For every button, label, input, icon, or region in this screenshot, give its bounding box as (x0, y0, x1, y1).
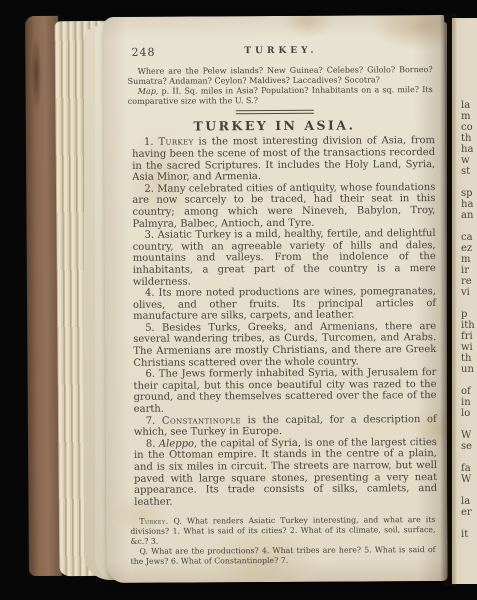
text-fragment: er (461, 507, 477, 518)
paragraph: 6. The Jews formerly inhabited Syria, wi… (133, 367, 436, 415)
text-fragment: ith (461, 320, 477, 331)
text-fragment: fa (461, 463, 477, 474)
text-fragment: w (461, 155, 477, 166)
paragraph: 5. Besides Turks, Greeks, and Armenians,… (133, 321, 436, 369)
text-fragment: co (461, 122, 477, 133)
text-fragment: fri (461, 331, 477, 342)
text-fragment (461, 375, 477, 386)
text-fragment: p (461, 309, 477, 320)
text-fragment: se (461, 441, 477, 452)
text-fragment: an (461, 210, 477, 221)
adjacent-page-sliver: lamcothhawstsphaancaezmirrevipithfriwith… (452, 18, 477, 584)
page-header: 248 TURKEY. (131, 44, 430, 59)
text-fragment (461, 452, 477, 463)
text-fragment (461, 298, 477, 309)
text-fragment: un (461, 364, 477, 375)
text-fragment: ir (461, 265, 477, 276)
review-questions-top: Where are the Pelew islands? New Guinea?… (128, 65, 433, 107)
paragraph: Map, p. II. Sq. miles in Asia? Populatio… (128, 85, 433, 107)
text-fragment: th (461, 353, 477, 364)
paragraph: 2. Many celebrated cities of antiquity, … (132, 182, 435, 230)
paragraph: 3. Asiatic Turkey is a mild, healthy, fe… (133, 228, 436, 288)
text-fragment (461, 518, 477, 529)
running-title: TURKEY. (131, 45, 430, 57)
paragraph: Turkey. Q. What renders Asiatic Turkey i… (130, 515, 435, 546)
text-fragment: wi (461, 342, 477, 353)
text-fragment: lo (461, 408, 477, 419)
text-fragment: la (461, 496, 477, 507)
section-divider (235, 110, 313, 115)
double-rule (235, 110, 313, 115)
text-fragment (461, 221, 477, 232)
text-fragment: m (461, 111, 477, 122)
paragraph: 4. Its more noted productions are wines,… (133, 286, 436, 323)
review-questions-bottom: Turkey. Q. What renders Asiatic Turkey i… (130, 515, 435, 566)
text-fragment (461, 177, 477, 188)
text-fragment (461, 419, 477, 430)
text-fragment: ez (461, 243, 477, 254)
text-fragment: th (461, 133, 477, 144)
text-fragment: re (461, 276, 477, 287)
text-fragment: ha (461, 199, 477, 210)
text-fragment: it (461, 529, 477, 540)
text-fragment: st (461, 166, 477, 177)
text-fragment: la (461, 100, 477, 111)
text-fragment: sp (461, 188, 477, 199)
book-scan-photo: 248 TURKEY. Where are the Pelew islands?… (0, 0, 477, 600)
paragraph: 7. Constantinople is the capital, for a … (134, 414, 437, 439)
text-fragment: in (461, 397, 477, 408)
text-fragment: of (461, 386, 477, 397)
text-fragment: ca (461, 232, 477, 243)
paragraph: Where are the Pelew islands? New Guinea?… (128, 65, 433, 87)
text-fragment (461, 485, 477, 496)
text-fragment: W (461, 430, 477, 441)
text-fragment: W (461, 474, 477, 485)
book-page: 248 TURKEY. Where are the Pelew islands?… (103, 15, 447, 583)
text-fragment: ha (461, 144, 477, 155)
paragraph: Q. What are the productions? 4. What tri… (131, 545, 436, 566)
adjacent-page-text: lamcothhawstsphaancaezmirrevipithfriwith… (452, 18, 477, 540)
text-fragment: m (461, 254, 477, 265)
section-heading: TURKEY IN ASIA. (104, 117, 445, 134)
body-text: 1. Turkey is the most interesting divisi… (132, 135, 437, 508)
paragraph: 1. Turkey is the most interesting divisi… (132, 135, 435, 183)
paragraph: 8. Aleppo, the capital of Syria, is one … (134, 437, 437, 508)
text-fragment: vi (461, 287, 477, 298)
